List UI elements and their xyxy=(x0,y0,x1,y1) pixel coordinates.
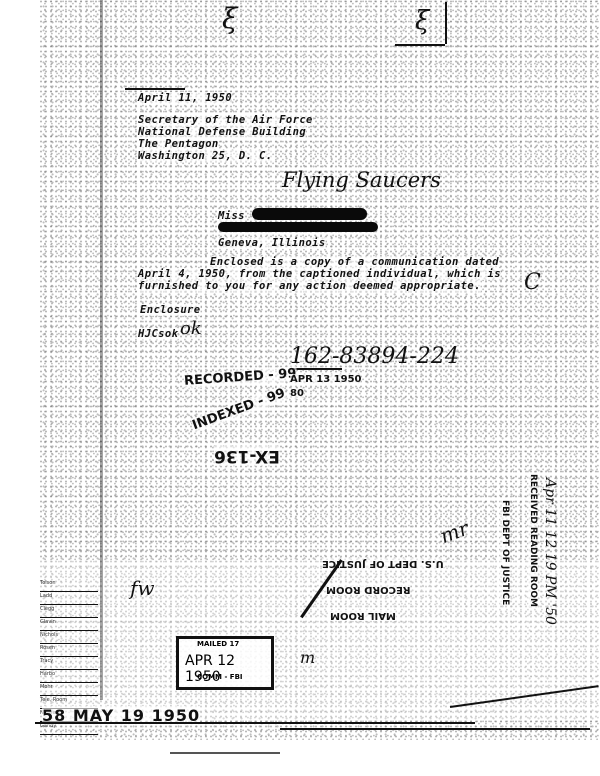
handwritten-check: C xyxy=(524,270,541,295)
comm-label: COMM - FBI xyxy=(197,673,243,681)
top-initial-right: ξ xyxy=(415,6,429,36)
top-initial-left: ξ xyxy=(222,2,237,35)
top-mark-vertical xyxy=(445,2,447,44)
subject-handwritten: Flying Saucers xyxy=(282,168,441,192)
date-overline xyxy=(125,88,185,90)
routing-entry: Harbo xyxy=(40,671,98,683)
file-number-underline xyxy=(290,368,342,370)
routing-entry: Mohr xyxy=(40,684,98,696)
record-room-stamp: RECORD ROOM xyxy=(326,584,411,595)
routing-entry: Nichols xyxy=(40,632,98,644)
bottom-rule xyxy=(35,722,475,724)
handwritten-initials-left: fw xyxy=(130,576,155,600)
document-page: ξ ξ April 11, 1950 Secretary of the Air … xyxy=(0,0,600,776)
routing-entry: Rosen xyxy=(40,645,98,657)
recipient-line-1: Secretary of the Air Force xyxy=(138,114,313,126)
routing-entry: Clegg xyxy=(40,606,98,618)
ex-stamp: EX-136 xyxy=(214,446,280,466)
recipient-line-3: The Pentagon xyxy=(138,138,219,150)
handwritten-ok: ok xyxy=(180,318,202,339)
handwritten-initials-bottom: m xyxy=(300,648,315,667)
enclosure-label: Enclosure xyxy=(140,304,201,316)
routing-entry: Ladd xyxy=(40,593,98,605)
body-line-2: April 4, 1950, from the captioned indivi… xyxy=(138,268,501,280)
received-reading-room-stamp: RECEIVED READING ROOM xyxy=(528,474,538,607)
top-mark-underline xyxy=(395,44,445,46)
redaction-bar-2 xyxy=(218,222,378,232)
received-date-stamp: Apr 11 12 19 PM '50 xyxy=(542,478,558,625)
routing-entry: Glavin xyxy=(40,619,98,631)
mail-room-stamp: MAIL ROOM xyxy=(330,610,396,621)
footer-rule xyxy=(170,752,280,754)
addressee-location: Geneva, Illinois xyxy=(218,237,326,249)
typist-initials: HJCsok xyxy=(138,328,178,340)
page-edge-shadow xyxy=(100,0,103,700)
mailed-label: MAILED 17 xyxy=(197,640,239,648)
recipient-line-2: National Defense Building xyxy=(138,126,306,138)
recipient-line-4: Washington 25, D. C. xyxy=(138,150,272,162)
mailed-stamp: MAILED 17 APR 12 1950 COMM - FBI xyxy=(176,636,274,690)
routing-entry: Tolson xyxy=(40,580,98,592)
routing-entry: Tracy xyxy=(40,658,98,670)
recorded-date-stamp: APR 13 1950 xyxy=(290,374,361,385)
recorded-sub-number: 80 xyxy=(290,388,304,399)
redaction-bar-1 xyxy=(252,208,367,220)
bottom-rule-2 xyxy=(280,728,590,730)
letter-date: April 11, 1950 xyxy=(138,92,232,104)
file-number: 162-83894-224 xyxy=(290,344,459,369)
fbi-dept-justice-stamp: FBI DEPT OF JUSTICE xyxy=(500,500,510,605)
body-line-1: Enclosed is a copy of a communication da… xyxy=(210,256,499,268)
addressee-prefix: Miss xyxy=(218,210,245,222)
body-line-3: furnished to you for any action deemed a… xyxy=(138,280,481,292)
